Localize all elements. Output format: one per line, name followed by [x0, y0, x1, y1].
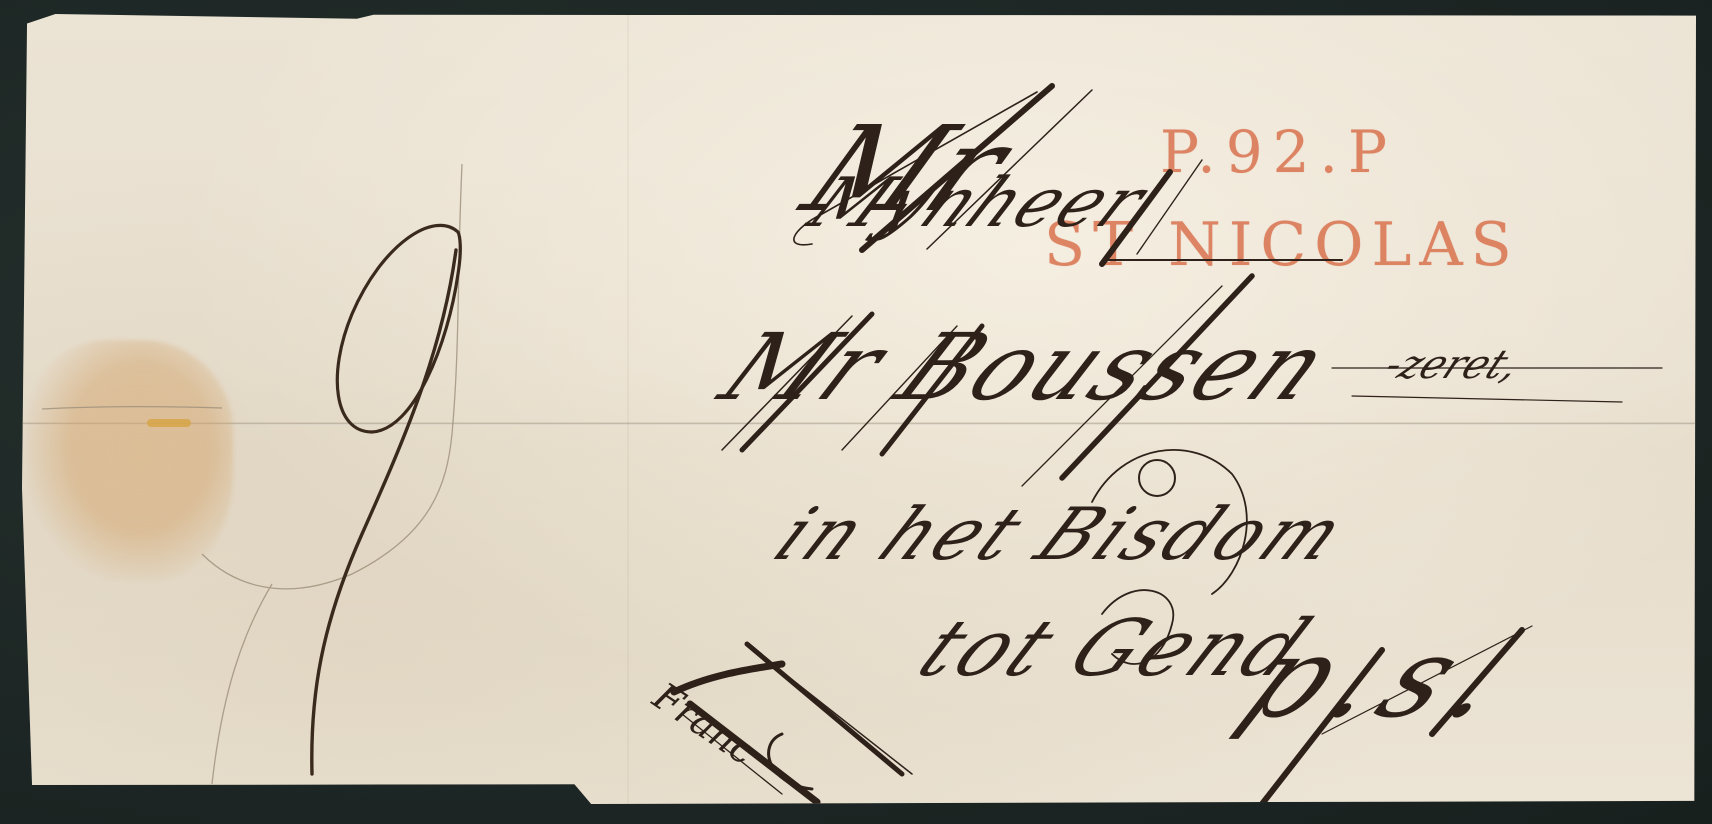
- address-line-diocese: in het Bisdom: [760, 492, 1364, 576]
- address-recipient-name: Mr Boussen: [702, 314, 1352, 421]
- franc-box-label: Franc: [645, 674, 763, 774]
- address-name-suffix: -zeret,: [1377, 342, 1528, 388]
- postmark-line1: P.92.P: [1160, 118, 1397, 186]
- postal-cover: P.92.P ST NICOLAS: [22, 14, 1696, 804]
- wax-seal-remnant: [147, 419, 191, 427]
- vertical-fold-crease: [627, 14, 629, 804]
- wax-seal-stain: [28, 340, 233, 580]
- address-salutation: Mynheer: [794, 164, 1162, 243]
